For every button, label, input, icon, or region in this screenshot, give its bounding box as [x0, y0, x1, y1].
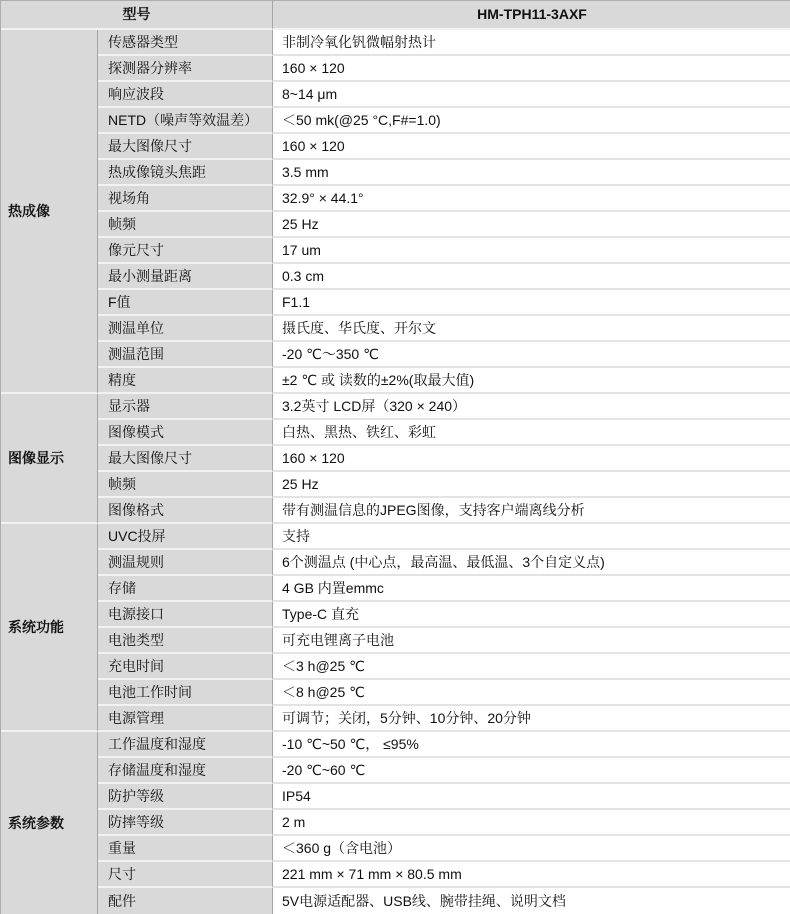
spec-value: 可调节；关闭，5分钟、10分钟、20分钟: [273, 706, 790, 732]
spec-value: F1.1: [273, 290, 790, 316]
spec-label: 电池类型: [98, 628, 273, 654]
spec-value: 160 × 120: [273, 56, 790, 82]
spec-row: 电源管理可调节；关闭，5分钟、10分钟、20分钟: [1, 706, 790, 732]
spec-label: 图像模式: [98, 420, 273, 446]
spec-value: ＜360 g（含电池）: [273, 836, 790, 862]
spec-value: ＜3 h@25 ℃: [273, 654, 790, 680]
spec-table: 型号 HM-TPH11-3AXF 热成像传感器类型非制冷氧化钒微幅射热计探测器分…: [0, 0, 790, 914]
spec-label: 帧频: [98, 472, 273, 498]
spec-label: 最大图像尺寸: [98, 134, 273, 160]
spec-value: 25 Hz: [273, 472, 790, 498]
spec-label: 热成像镜头焦距: [98, 160, 273, 186]
spec-value: ＜50 mk(@25 °C,F#=1.0): [273, 108, 790, 134]
spec-label: UVC投屏: [98, 524, 273, 550]
spec-value: 白热、黑热、铁红、彩虹: [273, 420, 790, 446]
spec-sheet-page: 型号 HM-TPH11-3AXF 热成像传感器类型非制冷氧化钒微幅射热计探测器分…: [0, 0, 790, 914]
spec-row: 系统参数工作温度和湿度-10 ℃~50 ℃， ≤95%: [1, 732, 790, 758]
spec-label: 测温单位: [98, 316, 273, 342]
spec-value: -10 ℃~50 ℃， ≤95%: [273, 732, 790, 758]
spec-value: -20 ℃~60 ℃: [273, 758, 790, 784]
table-header-row: 型号 HM-TPH11-3AXF: [1, 1, 790, 30]
spec-label: 探测器分辨率: [98, 56, 273, 82]
spec-row: 精度±2 ℃ 或 读数的±2%(取最大值): [1, 368, 790, 394]
spec-value: 160 × 120: [273, 134, 790, 160]
model-value-cell: HM-TPH11-3AXF: [273, 1, 790, 30]
spec-label: 工作温度和湿度: [98, 732, 273, 758]
spec-label: 测温范围: [98, 342, 273, 368]
spec-label: 图像格式: [98, 498, 273, 524]
spec-table-body: 热成像传感器类型非制冷氧化钒微幅射热计探测器分辨率160 × 120响应波段8~…: [1, 30, 790, 914]
spec-value: ±2 ℃ 或 读数的±2%(取最大值): [273, 368, 790, 394]
spec-value: 带有测温信息的JPEG图像，支持客户端离线分析: [273, 498, 790, 524]
spec-label: 防摔等级: [98, 810, 273, 836]
spec-row: 最大图像尺寸160 × 120: [1, 446, 790, 472]
spec-label: 配件: [98, 888, 273, 914]
spec-label: 帧频: [98, 212, 273, 238]
spec-row: 防摔等级2 m: [1, 810, 790, 836]
spec-label: 充电时间: [98, 654, 273, 680]
model-label-cell: 型号: [1, 1, 273, 30]
spec-row: 热成像传感器类型非制冷氧化钒微幅射热计: [1, 30, 790, 56]
spec-row: 最大图像尺寸160 × 120: [1, 134, 790, 160]
spec-label: 视场角: [98, 186, 273, 212]
spec-label: 测温规则: [98, 550, 273, 576]
spec-value: 6个测温点 (中心点，最高温、最低温、3个自定义点): [273, 550, 790, 576]
spec-row: 测温范围-20 ℃～350 ℃: [1, 342, 790, 368]
spec-value: 4 GB 内置emmc: [273, 576, 790, 602]
spec-label: 存储温度和湿度: [98, 758, 273, 784]
spec-value: IP54: [273, 784, 790, 810]
spec-row: 探测器分辨率160 × 120: [1, 56, 790, 82]
spec-label: 存储: [98, 576, 273, 602]
spec-row: 防护等级IP54: [1, 784, 790, 810]
spec-value: 5V电源适配器、USB线、腕带挂绳、说明文档: [273, 888, 790, 914]
spec-row: 电池工作时间＜8 h@25 ℃: [1, 680, 790, 706]
spec-row: 图像显示显示器3.2英寸 LCD屏（320 × 240）: [1, 394, 790, 420]
spec-label: 像元尺寸: [98, 238, 273, 264]
spec-row: 电源接口Type-C 直充: [1, 602, 790, 628]
spec-label: 防护等级: [98, 784, 273, 810]
spec-row: 响应波段8~14 μm: [1, 82, 790, 108]
spec-row: 存储温度和湿度-20 ℃~60 ℃: [1, 758, 790, 784]
spec-value: Type-C 直充: [273, 602, 790, 628]
section-name: 图像显示: [1, 394, 98, 524]
spec-row: 最小测量距离0.3 cm: [1, 264, 790, 290]
spec-row: 存储4 GB 内置emmc: [1, 576, 790, 602]
spec-row: 像元尺寸17 um: [1, 238, 790, 264]
spec-value: 0.3 cm: [273, 264, 790, 290]
spec-row: 重量＜360 g（含电池）: [1, 836, 790, 862]
spec-label: 精度: [98, 368, 273, 394]
spec-label: 最小测量距离: [98, 264, 273, 290]
spec-label: 传感器类型: [98, 30, 273, 56]
spec-row: 测温单位摄氏度、华氏度、开尔文: [1, 316, 790, 342]
spec-value: 17 um: [273, 238, 790, 264]
spec-row: NETD（噪声等效温差）＜50 mk(@25 °C,F#=1.0): [1, 108, 790, 134]
spec-value: 3.2英寸 LCD屏（320 × 240）: [273, 394, 790, 420]
spec-label: 最大图像尺寸: [98, 446, 273, 472]
section-name: 系统参数: [1, 732, 98, 914]
spec-label: 显示器: [98, 394, 273, 420]
spec-value: -20 ℃～350 ℃: [273, 342, 790, 368]
spec-label: 尺寸: [98, 862, 273, 888]
spec-row: 充电时间＜3 h@25 ℃: [1, 654, 790, 680]
spec-value: 221 mm × 71 mm × 80.5 mm: [273, 862, 790, 888]
spec-value: 3.5 mm: [273, 160, 790, 186]
spec-row: 配件5V电源适配器、USB线、腕带挂绳、说明文档: [1, 888, 790, 914]
spec-value: 2 m: [273, 810, 790, 836]
spec-row: 视场角32.9° × 44.1°: [1, 186, 790, 212]
spec-row: 电池类型可充电锂离子电池: [1, 628, 790, 654]
spec-row: 测温规则6个测温点 (中心点，最高温、最低温、3个自定义点): [1, 550, 790, 576]
section-name: 热成像: [1, 30, 98, 394]
spec-label: F值: [98, 290, 273, 316]
spec-value: 摄氏度、华氏度、开尔文: [273, 316, 790, 342]
spec-label: 电池工作时间: [98, 680, 273, 706]
spec-label: NETD（噪声等效温差）: [98, 108, 273, 134]
spec-value: 160 × 120: [273, 446, 790, 472]
spec-row: 帧频25 Hz: [1, 472, 790, 498]
spec-label: 响应波段: [98, 82, 273, 108]
spec-label: 重量: [98, 836, 273, 862]
spec-row: 系统功能UVC投屏支持: [1, 524, 790, 550]
spec-label: 电源接口: [98, 602, 273, 628]
spec-value: 32.9° × 44.1°: [273, 186, 790, 212]
spec-row: 热成像镜头焦距3.5 mm: [1, 160, 790, 186]
section-name: 系统功能: [1, 524, 98, 732]
spec-row: F值F1.1: [1, 290, 790, 316]
spec-row: 图像格式带有测温信息的JPEG图像，支持客户端离线分析: [1, 498, 790, 524]
spec-row: 帧频25 Hz: [1, 212, 790, 238]
spec-row: 图像模式白热、黑热、铁红、彩虹: [1, 420, 790, 446]
spec-value: 可充电锂离子电池: [273, 628, 790, 654]
spec-value: 25 Hz: [273, 212, 790, 238]
spec-value: 非制冷氧化钒微幅射热计: [273, 30, 790, 56]
spec-value: ＜8 h@25 ℃: [273, 680, 790, 706]
spec-value: 支持: [273, 524, 790, 550]
spec-value: 8~14 μm: [273, 82, 790, 108]
spec-row: 尺寸221 mm × 71 mm × 80.5 mm: [1, 862, 790, 888]
spec-label: 电源管理: [98, 706, 273, 732]
